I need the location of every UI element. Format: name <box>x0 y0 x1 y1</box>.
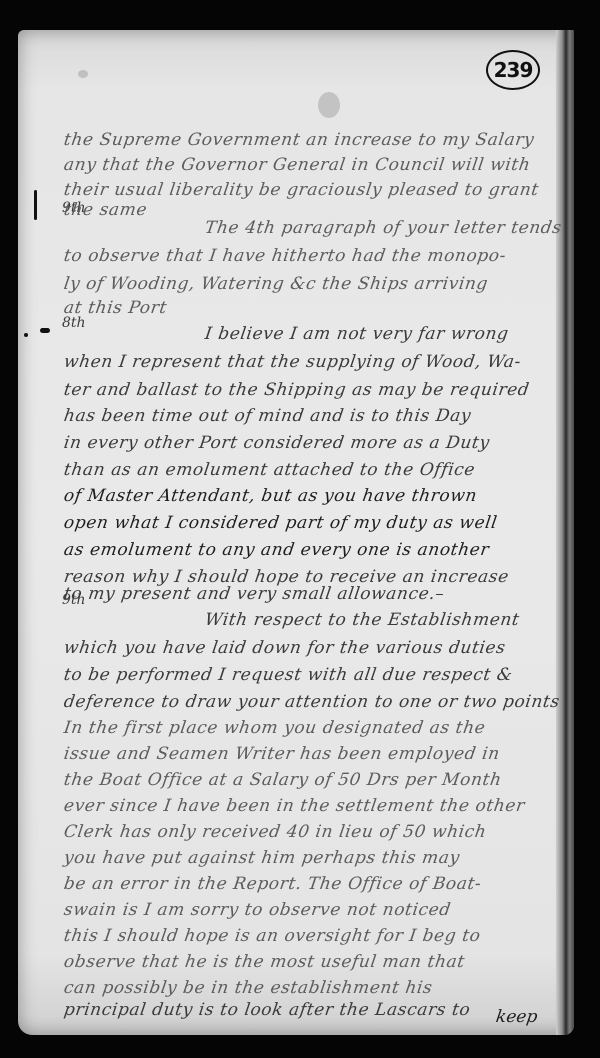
manuscript-line: to observe that I have hitherto had the … <box>62 244 555 268</box>
catchword: keep <box>495 1007 539 1027</box>
manuscript-line: swain is I am sorry to observe not notic… <box>62 898 555 922</box>
manuscript-line: any that the Governor General in Council… <box>62 153 555 177</box>
manuscript-line: at this Port <box>62 296 555 320</box>
manuscript-line: principal duty is to look after the Lasc… <box>62 998 555 1022</box>
manuscript-line: when I represent that the supplying of W… <box>62 350 555 374</box>
page-edge-shadow <box>556 30 574 1035</box>
manuscript-line: ter and ballast to the Shipping as may b… <box>62 378 555 402</box>
manuscript-line: open what I considered part of my duty a… <box>62 511 555 535</box>
margin-ink-dot <box>24 333 28 337</box>
manuscript-line: of Master Attendant, but as you have thr… <box>62 484 555 508</box>
manuscript-line: can possibly be in the establishment his <box>62 976 555 1000</box>
manuscript-line: has been time out of mind and is to this… <box>62 404 555 428</box>
margin-ink-blot <box>40 328 50 333</box>
manuscript-line: the Supreme Government an increase to my… <box>62 128 555 152</box>
manuscript-line: to my present and very small allowance.– <box>62 582 555 606</box>
manuscript-line: The 4th paragraph of your letter tends <box>203 216 556 240</box>
manuscript-line: I believe I am not very far wrong <box>203 322 556 346</box>
manuscript-line: be an error in the Report. The Office of… <box>62 872 555 896</box>
manuscript-line: as emolument to any and every one is ano… <box>62 538 555 562</box>
margin-bracket-mark <box>34 190 37 220</box>
manuscript-line: issue and Seamen Writer has been employe… <box>62 742 555 766</box>
manuscript-line: ever since I have been in the settlement… <box>62 794 555 818</box>
manuscript-line: In the first place whom you designated a… <box>62 716 555 740</box>
folio-number-circled: 239 <box>486 50 540 90</box>
manuscript-line: observe that he is the most useful man t… <box>62 950 555 974</box>
manuscript-line: this I should hope is an oversight for I… <box>62 924 555 948</box>
manuscript-line: than as an emolument attached to the Off… <box>62 458 555 482</box>
paper-stain <box>318 92 340 118</box>
manuscript-line: which you have laid down for the various… <box>62 636 555 660</box>
manuscript-line: the Boat Office at a Salary of 50 Drs pe… <box>62 768 555 792</box>
manuscript-line: With respect to the Establishment <box>203 608 556 632</box>
manuscript-line: you have put against him perhaps this ma… <box>62 846 555 870</box>
manuscript-line: to be performed I request with all due r… <box>62 663 555 687</box>
manuscript-line: deference to draw your attention to one … <box>62 690 555 714</box>
manuscript-line: in every other Port considered more as a… <box>62 431 555 455</box>
manuscript-line: ly of Wooding, Watering &c the Ships arr… <box>62 272 555 296</box>
paper-stain <box>78 70 88 78</box>
manuscript-line: Clerk has only received 40 in lieu of 50… <box>62 820 555 844</box>
